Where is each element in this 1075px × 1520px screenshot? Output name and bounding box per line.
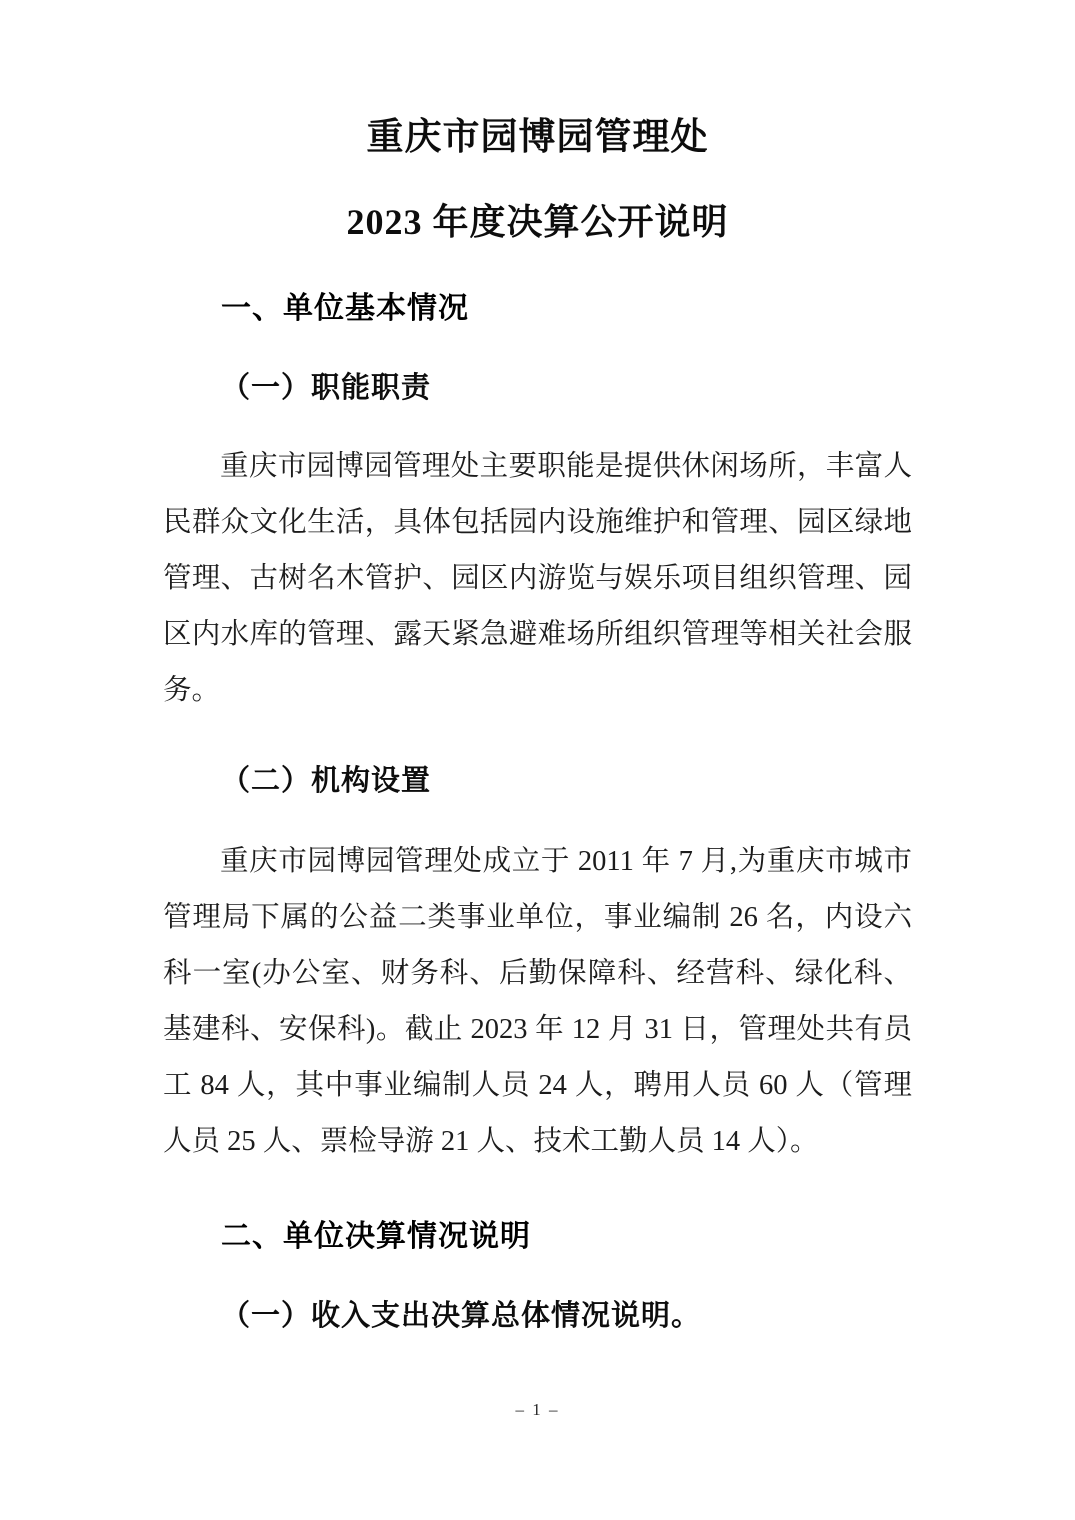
subsection-duties-heading: （一）职能职责: [163, 372, 912, 405]
document-footer: – 1 –: [0, 1400, 1075, 1420]
document-page: 重庆市园博园管理处 2023 年度决算公开说明 一、单位基本情况 （一）职能职责…: [0, 0, 1075, 1520]
section-final-accounts: 二、单位决算情况说明 （一）收入支出决算总体情况说明。: [163, 1220, 912, 1333]
subsection-organization-heading: （二）机构设置: [163, 765, 912, 798]
section-unit-basic-info: 一、单位基本情况 （一）职能职责 重庆市园博园管理处主要职能是提供休闲场所，丰富…: [163, 292, 912, 1170]
duties-paragraph: 重庆市园博园管理处主要职能是提供休闲场所，丰富人民群众文化生活，具体包括园内设施…: [163, 439, 912, 719]
doc-title: 重庆市园博园管理处: [163, 118, 912, 158]
doc-subtitle: 2023 年度决算公开说明: [163, 202, 912, 242]
section-2-heading: 二、单位决算情况说明: [163, 1220, 912, 1254]
section-1-heading: 一、单位基本情况: [163, 292, 912, 326]
document-header: 重庆市园博园管理处 2023 年度决算公开说明: [163, 118, 912, 242]
page-number: – 1 –: [516, 1400, 560, 1419]
subsection-income-expense-heading: （一）收入支出决算总体情况说明。: [163, 1300, 912, 1333]
organization-paragraph: 重庆市园博园管理处成立于 2011 年 7 月,为重庆市城市管理局下属的公益二类…: [163, 834, 912, 1170]
